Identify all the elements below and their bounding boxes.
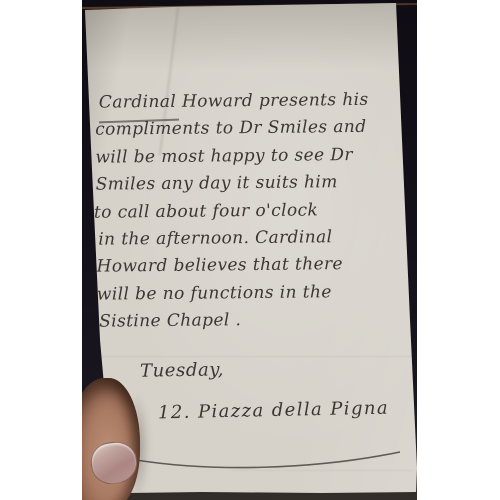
handwritten-body: Cardinal Howard presents his compliments…	[95, 86, 417, 336]
thumb	[82, 378, 144, 500]
handwriting-line: will be no functions in the	[97, 278, 417, 309]
handwriting-line: Howard believes that there	[96, 251, 416, 282]
handwriting-line: in the afternoon. Cardinal	[98, 223, 416, 254]
handwriting-line: compliments to Dr Smiles and	[95, 114, 415, 145]
address-line: 12. Piazza della Pigna	[158, 398, 389, 424]
handwriting-line: to call about four o'clock	[94, 196, 416, 227]
date-line: Tuesday,	[140, 359, 224, 381]
handwriting-line: Smiles any day it suits him	[96, 168, 416, 199]
signature-flourish-line	[132, 446, 408, 474]
handwriting-line: will be most happy to see Dr	[95, 141, 415, 172]
handwriting-line: Cardinal Howard presents his	[99, 86, 415, 117]
paper-crease	[92, 356, 412, 357]
letter-photograph: Cardinal Howard presents his compliments…	[82, 0, 417, 500]
handwriting-line: Sistine Chapel .	[99, 305, 417, 336]
